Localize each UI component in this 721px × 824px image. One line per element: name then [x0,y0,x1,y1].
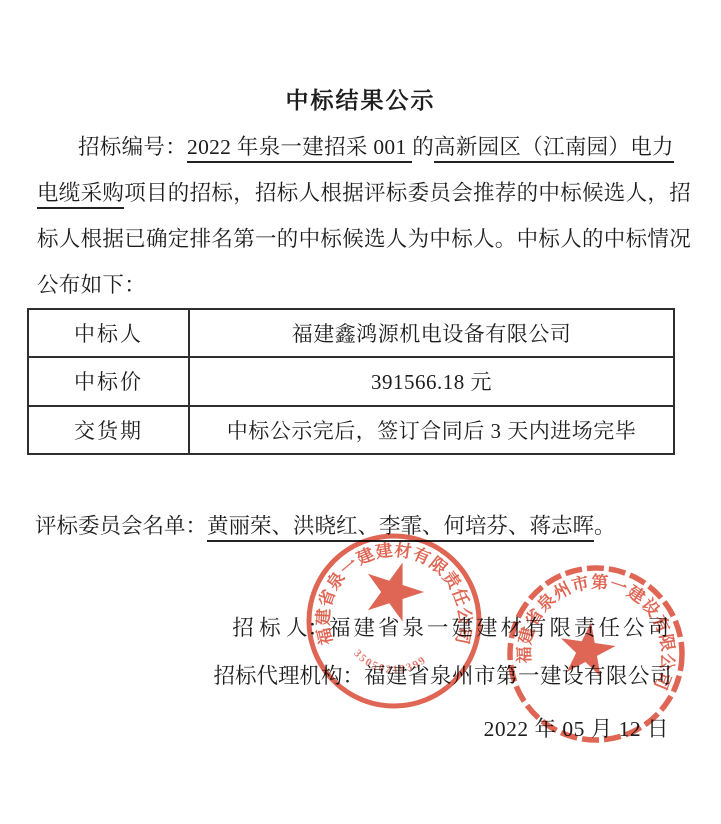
signature-bidder-line: 招 标 人：福建省泉一建建材有限责任公司 [232,611,672,642]
intro-line-3: 标人根据已确定排名第一的中标候选人为中标人。中标人的中标情况 [37,222,697,253]
tender-number-label: 招标编号： [78,135,187,159]
row-label-price: 中标价 [29,358,190,404]
agency-name: 福建省泉州市第一建设有限公司 [364,664,672,688]
row-label-winner: 中标人 [29,310,190,356]
intro-line-2-text: 项目的招标，招标人根据评标委员会推荐的中标候选人，招 [124,181,691,205]
row-value-price: 391566.18 元 [190,358,673,404]
tender-number: 2022 年泉一建招采 001 [187,135,412,163]
committee-terminator: 。 [594,514,616,538]
committee-label: 评标委员会名单： [35,514,207,538]
scanned-document-page: 中标结果公示 招标编号：2022 年泉一建招采 001 的高新园区（江南园）电力… [0,0,721,824]
intro-line-4: 公布如下： [37,268,697,299]
page-title: 中标结果公示 [0,82,721,115]
row-value-delivery: 中标公示完后，签订合同后 3 天内进场完毕 [190,407,673,453]
intro-connector: 的 [412,135,434,159]
project-name-part2: 电缆采购 [37,181,124,209]
intro-line-1: 招标编号：2022 年泉一建招采 001 的高新园区（江南园）电力 [78,130,721,161]
bidder-name: 福建省泉一建建材有限责任公司 [329,616,672,640]
committee-line: 评标委员会名单：黄丽荣、洪晓红、李霏、何培芬、蒋志晖。 [35,509,616,540]
date-line: 2022 年 05 月 12 日 [484,712,669,743]
agency-label: 招标代理机构： [213,664,364,688]
bidder-label: 招 标 人： [232,616,329,640]
row-label-delivery: 交货期 [29,407,190,453]
project-name-part1: 高新园区（江南园）电力 [434,135,674,163]
table-row-delivery: 交货期 中标公示完后，签订合同后 3 天内进场完毕 [29,407,673,453]
intro-line-2: 电缆采购项目的招标，招标人根据评标委员会推荐的中标候选人，招 [37,176,697,207]
signature-agency-line: 招标代理机构：福建省泉州市第一建设有限公司 [213,659,672,690]
table-row-price: 中标价 391566.18 元 [29,358,673,406]
table-row-winner: 中标人 福建鑫鸿源机电设备有限公司 [29,310,673,358]
bid-result-table: 中标人 福建鑫鸿源机电设备有限公司 中标价 391566.18 元 交货期 中标… [27,308,675,455]
row-value-winner: 福建鑫鸿源机电设备有限公司 [190,310,673,356]
committee-names: 黄丽荣、洪晓红、李霏、何培芬、蒋志晖 [207,514,594,542]
